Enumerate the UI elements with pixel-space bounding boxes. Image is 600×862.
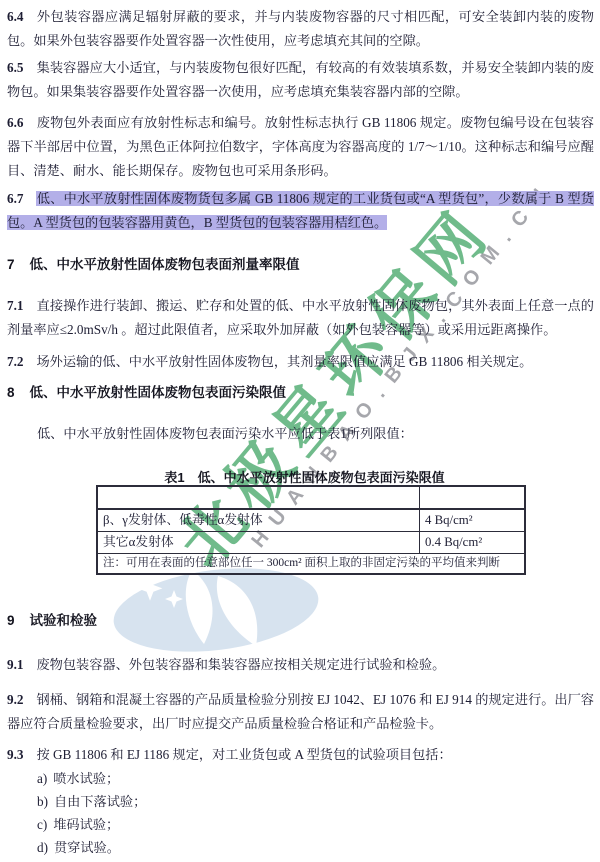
clause-number: 6.6 bbox=[7, 115, 23, 130]
clause-text: 直接操作进行装卸、搬运、贮存和处置的低、中水平放射性固体废物包，其外表面上任意一… bbox=[7, 298, 594, 337]
clause-6-4: 6.4外包装容器应满足辐射屏蔽的要求，并与内装废物容器的尺寸相匹配，可安全装卸内… bbox=[7, 5, 594, 53]
list-item: d)贯穿试验。 bbox=[37, 836, 577, 859]
clause-number: 6.5 bbox=[7, 60, 23, 75]
table-row: β、γ发射体、低毒性α发射体 4 Bq/cm² bbox=[97, 509, 525, 532]
table-cell-value: 4 Bq/cm² bbox=[420, 509, 526, 532]
list-item-label: c) bbox=[37, 817, 47, 832]
table-cell-label: β、γ发射体、低毒性α发射体 bbox=[97, 509, 420, 532]
table-note: 注：可用在表面的任意部位任一 300cm² 面积上取的非固定污染的平均值来判断 bbox=[97, 554, 525, 575]
clause-number: 6.4 bbox=[7, 9, 23, 24]
clause-text: 废物包外表面应有放射性标志和编号。放射性标志执行 GB 11806 规定。废物包… bbox=[7, 115, 594, 178]
list-item-text: 自由下落试验； bbox=[54, 794, 146, 809]
contamination-limits-table: β、γ发射体、低毒性α发射体 4 Bq/cm² 其它α发射体 0.4 Bq/cm… bbox=[96, 485, 526, 575]
list-item-label: b) bbox=[37, 794, 48, 809]
clause-number: 9.3 bbox=[7, 747, 23, 762]
section-title: 低、中水平放射性固体废物包表面剂量率限值 bbox=[30, 257, 300, 272]
clause-text: 集装容器应大小适宜，与内装废物包很好匹配，有较高的有效装填系数，并易安全装卸内装… bbox=[7, 60, 594, 99]
list-item: b)自由下落试验； bbox=[37, 790, 577, 813]
clause-number: 6.7 bbox=[7, 191, 23, 206]
section-7-heading: 7低、中水平放射性固体废物包表面剂量率限值 bbox=[7, 255, 594, 275]
clause-9-3: 9.3按 GB 11806 和 EJ 1186 规定，对工业货包或 A 型货包的… bbox=[7, 743, 594, 767]
clause-number: 9.1 bbox=[7, 657, 23, 672]
clause-7-2: 7.2场外运输的低、中水平放射性固体废物包，其剂量率限值应满足 GB 11806… bbox=[7, 350, 594, 374]
table-cell-value: 0.4 Bq/cm² bbox=[420, 532, 526, 554]
list-item-label: d) bbox=[37, 840, 48, 855]
table-header-cell bbox=[97, 486, 420, 509]
clause-text: 废物包装容器、外包装容器和集装容器应按相关规定进行试验和检验。 bbox=[36, 657, 445, 672]
list-item-text: 喷水试验； bbox=[53, 771, 119, 786]
clause-text: 场外运输的低、中水平放射性固体废物包，其剂量率限值应满足 GB 11806 相关… bbox=[36, 354, 532, 369]
list-item-label: a) bbox=[37, 771, 47, 786]
list-item: a)喷水试验； bbox=[37, 767, 577, 790]
list-item: c)堆码试验； bbox=[37, 813, 577, 836]
section-9-heading: 9试验和检验 bbox=[7, 611, 594, 631]
clause-9-3-list: a)喷水试验； b)自由下落试验； c)堆码试验； d)贯穿试验。 bbox=[37, 767, 577, 859]
clause-9-1: 9.1废物包装容器、外包装容器和集装容器应按相关规定进行试验和检验。 bbox=[7, 653, 594, 677]
section-8-heading: 8低、中水平放射性固体废物包表面污染限值 bbox=[7, 383, 594, 403]
section-title: 试验和检验 bbox=[30, 613, 98, 628]
table-cell-label: 其它α发射体 bbox=[97, 532, 420, 554]
clause-6-6: 6.6废物包外表面应有放射性标志和编号。放射性标志执行 GB 11806 规定。… bbox=[7, 111, 594, 183]
paragraph-text: 低、中水平放射性固体废物包表面污染水平应低于表1所列限值： bbox=[37, 426, 413, 441]
list-item-text: 堆码试验； bbox=[53, 817, 119, 832]
clause-6-7: 6.7低、中水平放射性固体废物货包多属 GB 11806 规定的工业货包或“A … bbox=[7, 187, 594, 235]
clause-text: 外包装容器应满足辐射屏蔽的要求，并与内装废物容器的尺寸相匹配，可安全装卸内装的废… bbox=[7, 9, 594, 48]
table-title: 表1 低、中水平放射性固体废物包表面污染限值 bbox=[96, 467, 513, 486]
table-header-row bbox=[97, 486, 525, 509]
clause-9-2: 9.2钢桶、钢箱和混凝土容器的产品质量检验分别按 EJ 1042、EJ 1076… bbox=[7, 688, 594, 736]
highlighted-text: 低、中水平放射性固体废物货包多属 GB 11806 规定的工业货包或“A 型货包… bbox=[7, 191, 594, 230]
clause-number: 7.1 bbox=[7, 298, 23, 313]
section-number: 9 bbox=[7, 613, 15, 628]
section-8-paragraph: 低、中水平放射性固体废物包表面污染水平应低于表1所列限值： bbox=[7, 422, 594, 446]
clause-7-1: 7.1直接操作进行装卸、搬运、贮存和处置的低、中水平放射性固体废物包，其外表面上… bbox=[7, 294, 594, 342]
clause-6-5: 6.5集装容器应大小适宜，与内装废物包很好匹配，有较高的有效装填系数，并易安全装… bbox=[7, 56, 594, 104]
clause-text: 按 GB 11806 和 EJ 1186 规定，对工业货包或 A 型货包的试验项… bbox=[36, 747, 451, 762]
section-title: 低、中水平放射性固体废物包表面污染限值 bbox=[30, 385, 287, 400]
list-item-text: 贯穿试验。 bbox=[54, 840, 120, 855]
clause-number: 9.2 bbox=[7, 692, 23, 707]
document-page: 北极星环保网 HUANBAO.BJX.COM.CN 6.4外包装容器应满足辐射屏… bbox=[0, 0, 600, 862]
section-number: 7 bbox=[7, 257, 15, 272]
document-content: 6.4外包装容器应满足辐射屏蔽的要求，并与内装废物容器的尺寸相匹配，可安全装卸内… bbox=[0, 0, 600, 862]
table-note-row: 注：可用在表面的任意部位任一 300cm² 面积上取的非固定污染的平均值来判断 bbox=[97, 554, 525, 575]
clause-number: 7.2 bbox=[7, 354, 23, 369]
table-header-cell bbox=[420, 486, 526, 509]
table-row: 其它α发射体 0.4 Bq/cm² bbox=[97, 532, 525, 554]
section-number: 8 bbox=[7, 385, 15, 400]
clause-text: 钢桶、钢箱和混凝土容器的产品质量检验分别按 EJ 1042、EJ 1076 和 … bbox=[7, 692, 594, 731]
